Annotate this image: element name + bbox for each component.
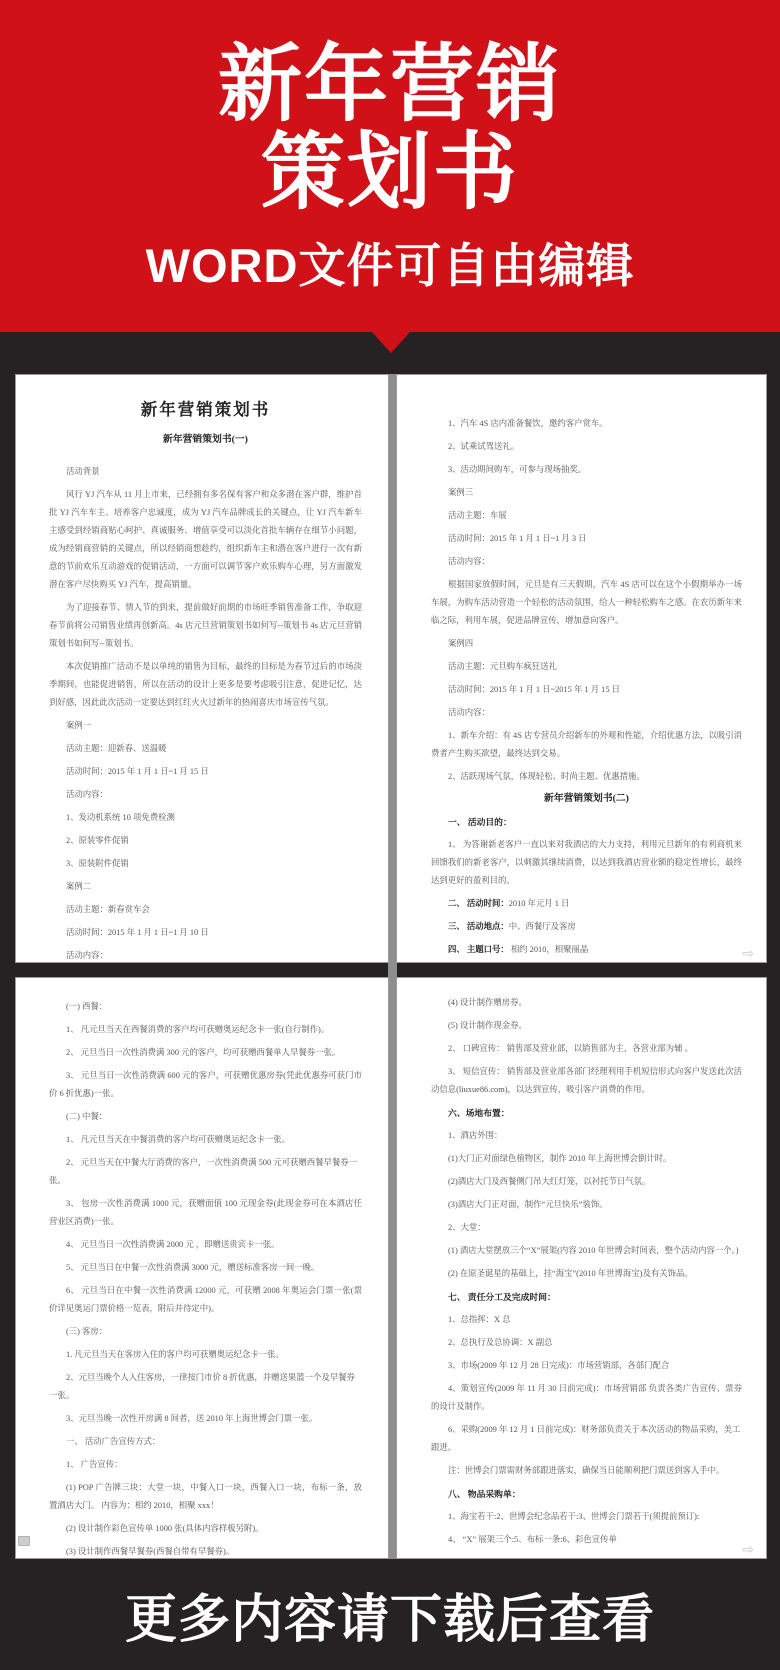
- doc-line: 新年营销策划书(一): [49, 433, 362, 447]
- doc-line: 3、市场(2009 年 12 月 28 日完成)：市场营销部，各部门配合: [431, 1357, 742, 1375]
- doc-line: (2) 设计制作彩色宣传单 1000 张(具体内容样板另附)。: [49, 1520, 362, 1538]
- doc-line: 活动时间：2015 年 1 月 1 日~1 月 10 日: [49, 924, 362, 942]
- doc-line: (4) 设计制作赠房券。: [431, 994, 742, 1012]
- doc-line: (三) 客房：: [49, 1323, 362, 1341]
- doc-line: 新年营销策划书(二): [431, 791, 742, 807]
- doc-line: (2)酒店大门及西餐侧门吊大红灯笼，以衬托节日气氛。: [431, 1173, 742, 1191]
- doc-line: 二、 活动时间：2010 年元月 1 日: [431, 895, 742, 913]
- header-banner: 新年营销 策划书 WORD文件可自由编辑: [0, 0, 780, 332]
- doc-line: 6、采购(2009 年 12 月 1 日前完成)：财务部负责关于本次活动的物品采…: [431, 1421, 742, 1457]
- banner-title-line1: 新年营销: [218, 38, 562, 130]
- doc-line: (3)酒店大门正对面，制作“元旦快乐”装饰。: [431, 1196, 742, 1214]
- doc-line: 4、 元旦当日一次性消费满 2000 元 ，即赠送贵宾卡一张。: [49, 1236, 362, 1254]
- doc-line: 1、 凡元旦当天在西餐消费的客户均可获赠奥运纪念卡一张(自行制作)。: [49, 1021, 362, 1039]
- doc-line: 活动背景: [49, 463, 362, 481]
- footer-text: 更多内容请下载后查看: [125, 1577, 655, 1652]
- doc-line: 4、 “X” 展架三个:5、布标一条:6、彩色宣传单: [431, 1531, 742, 1549]
- doc-line: 2、活跃现场气氛，体现轻松、时尚主题、优惠措施。: [431, 768, 742, 786]
- doc-line: 三、 活动地点：中、西餐厅及客房: [431, 918, 742, 936]
- next-page-arrow-icon: ⇨: [742, 947, 754, 961]
- doc-line: 七、 责任分工及完成时间：: [431, 1288, 742, 1306]
- banner-pointer-triangle: [372, 332, 410, 353]
- doc-line: 2、总执行及总协调：X 副总: [431, 1334, 742, 1352]
- doc-line: 3、 短信宣传： 销售部及营业部各部门经理利用手机短信形式向客户发送此次活动信息…: [431, 1063, 742, 1099]
- doc-line: 1、发动机系统 10 项免费检测: [49, 809, 362, 827]
- document-page-3: (一) 西餐：1、 凡元旦当天在西餐消费的客户均可获赠奥运纪念卡一张(自行制作)…: [15, 977, 389, 1559]
- doc-line: 2、 元旦当日一次性消费满 300 元的客户，均可获赠西餐单人早餐券一张。: [49, 1044, 362, 1062]
- doc-line: 活动内容：: [49, 786, 362, 804]
- doc-line: (3) 设计制作西餐早餐券(西餐自带有早餐券)。: [49, 1543, 362, 1559]
- doc-line: 根据国家放假时间，元旦是有三天假期，汽车 4S 店可以在这个小假期举办一场车展，…: [431, 576, 742, 630]
- doc-line: 2、元旦当晚个人入住客房，一律按门市价 8 折优惠，并赠送果篮一个及早餐券一张。: [49, 1369, 362, 1405]
- doc-line: 一、 活动广告宣传方式：: [49, 1433, 362, 1451]
- document-page-2: ⇨ 1、汽车 4S 店内准备餐饮，邀约客户赏车。2、试乘试驾送礼。3、活动期间购…: [396, 374, 767, 963]
- doc-line: 2、原装零件促销: [49, 832, 362, 850]
- doc-line: 1、海宝若干:2、世博会纪念品若干:3、世博会门票若干(须提前预订):: [431, 1508, 742, 1526]
- doc-line: 3、 包房一次性消费满 1000 元，获赠面值 100 元现金券(此现金券可在本…: [49, 1195, 362, 1231]
- doc-line: (1)大门正对面绿色植物区，制作 2010 年上海世博会倒计时。: [431, 1150, 742, 1168]
- doc-line: (1) POP 广告牌三块：大堂一块，中餐入口一块，西餐入口一块，布标一条，放置…: [49, 1479, 362, 1515]
- doc-line: 案例二: [49, 878, 362, 896]
- doc-line: 活动内容：: [431, 553, 742, 571]
- doc-line: 1、新车介绍：有 4S 店专营员介绍新车的外观和性能，介绍优惠方法，以吸引消费者…: [431, 727, 742, 763]
- doc-line: (2) 在原圣诞星的基础上，挂“海宝”(2010 年世博海宝)及有关饰品。: [431, 1265, 742, 1283]
- doc-line: 3、 元旦当日一次性消费满 600 元的客户，可获赠优惠房券(凭此优惠券可获门市…: [49, 1067, 362, 1103]
- doc-line: 活动主题：迎新春、送温暖: [49, 740, 362, 758]
- doc-line: 为了迎接春节、情人节的到来，提前做好前期的市场旺季销售准备工作，争取迎春节前将公…: [49, 599, 362, 653]
- doc-line: 3、元旦当晚一次性开房满 8 间者，送 2010 年上海世博会门票一张。: [49, 1410, 362, 1428]
- doc-line: 1、 凡元旦当天在中餐消费的客户均可获赠奥运纪念卡一张。: [49, 1131, 362, 1149]
- doc-line: 案例三: [431, 484, 742, 502]
- doc-line: 1、 广告宣传：: [49, 1456, 362, 1474]
- doc-line: 活动内容：: [431, 704, 742, 722]
- footer-banner: 更多内容请下载后查看: [0, 1558, 780, 1670]
- doc-line: 四、 主题口号： 相约 2010，相聚丽晶: [431, 941, 742, 959]
- promo-preview-canvas: 新年营销 策划书 WORD文件可自由编辑 新年营销策划书新年营销策划书(一)活动…: [0, 0, 780, 1670]
- doc-line: 九、费用预算：: [431, 1554, 742, 1559]
- doc-line: (1) 酒店大堂摆放三个“X”展架(内容 2010 年世博会时间表，整个活动内容…: [431, 1242, 742, 1260]
- doc-line: 1、汽车 4S 店内准备餐饮，邀约客户赏车。: [431, 415, 742, 433]
- doc-line: 风行 YJ 汽车从 11 月上市来，已经拥有多名保有客户和众多潜在客户群，维护首…: [49, 486, 362, 594]
- banner-title-line2: 策划书: [261, 126, 519, 218]
- doc-line: 6、 元旦当日在中餐一次性消费满 12000 元，可获赠 2008 年奥运会门票…: [49, 1282, 362, 1318]
- doc-line: 一、 活动目的：: [431, 813, 742, 831]
- doc-line: 1、 为答谢新老客户一直以来对我酒店的大力支持，利用元旦新年的有利商机来回馈我们…: [431, 836, 742, 890]
- doc-line: (二) 中餐：: [49, 1108, 362, 1126]
- doc-line: 新年营销策划书: [49, 399, 362, 421]
- doc-line: 2、 元旦当天在中餐大厅消费的客户，一次性消费满 500 元可获赠西餐早餐券一张…: [49, 1154, 362, 1190]
- doc-line: 活动内容：: [49, 947, 362, 963]
- doc-line: 注：世博会门票需财务部跟进落实，确保当日能顺利把门票送到客人手中。: [431, 1462, 742, 1480]
- doc-line: 2、试乘试驾送礼。: [431, 438, 742, 456]
- doc-line: 案例四: [431, 635, 742, 653]
- document-page-1: 新年营销策划书新年营销策划书(一)活动背景风行 YJ 汽车从 11 月上市来，已…: [15, 374, 389, 963]
- doc-line: 活动主题：元旦购车疯狂送礼: [431, 658, 742, 676]
- doc-line: 案例一: [49, 717, 362, 735]
- doc-line: 八、 物品采购单：: [431, 1485, 742, 1503]
- doc-line: 2、大堂：: [431, 1219, 742, 1237]
- doc-line: 六、场地布置：: [431, 1104, 742, 1122]
- doc-line: 5、 元旦当日在中餐一次性消费满 3000 元，赠送标准客房一间一晚。: [49, 1259, 362, 1277]
- doc-line: 3、原装附件促销: [49, 855, 362, 873]
- doc-line: 活动时间：2015 年 1 月 1 日~2015 年 1 月 15 日: [431, 681, 742, 699]
- document-page-4: ⇨ (4) 设计制作赠房券。(5) 设计制作现金券。2、 口碑宣传： 销售部及营…: [396, 977, 767, 1559]
- doc-line: 活动时间：2015 年 1 月 1 日~1 月 15 日: [49, 763, 362, 781]
- next-page-arrow-icon: ⇨: [742, 1543, 754, 1557]
- doc-line: 4、策划宣传(2009 年 11 月 30 日前完成)：市场营销部 负责各类广告…: [431, 1380, 742, 1416]
- doc-line: 本次促销推广活动不是以单纯的销售为目标，最终的目标是为春节过后的市场淡季期间，也…: [49, 658, 362, 712]
- page-curl-icon: [18, 1536, 30, 1546]
- doc-line: (一) 西餐：: [49, 998, 362, 1016]
- doc-line: 3、活动期间购车，可参与现场抽奖。: [431, 461, 742, 479]
- doc-line: 1、总指挥：X 总: [431, 1311, 742, 1329]
- doc-line: 2、 口碑宣传： 销售部及营业部，以销售部为主，各营业部为辅 。: [431, 1040, 742, 1058]
- doc-line: 1. 凡元旦当天在客房入住的客户均可获赠奥运纪念卡一张。: [49, 1346, 362, 1364]
- banner-subtitle: WORD文件可自由编辑: [146, 240, 635, 292]
- doc-line: 1、酒店外围：: [431, 1127, 742, 1145]
- doc-line: 活动主题：车展: [431, 507, 742, 525]
- doc-line: 活动时间：2015 年 1 月 1 日~1 月 3 日: [431, 530, 742, 548]
- doc-line: 活动主题：新春赏车会: [49, 901, 362, 919]
- doc-line: (5) 设计制作现金券。: [431, 1017, 742, 1035]
